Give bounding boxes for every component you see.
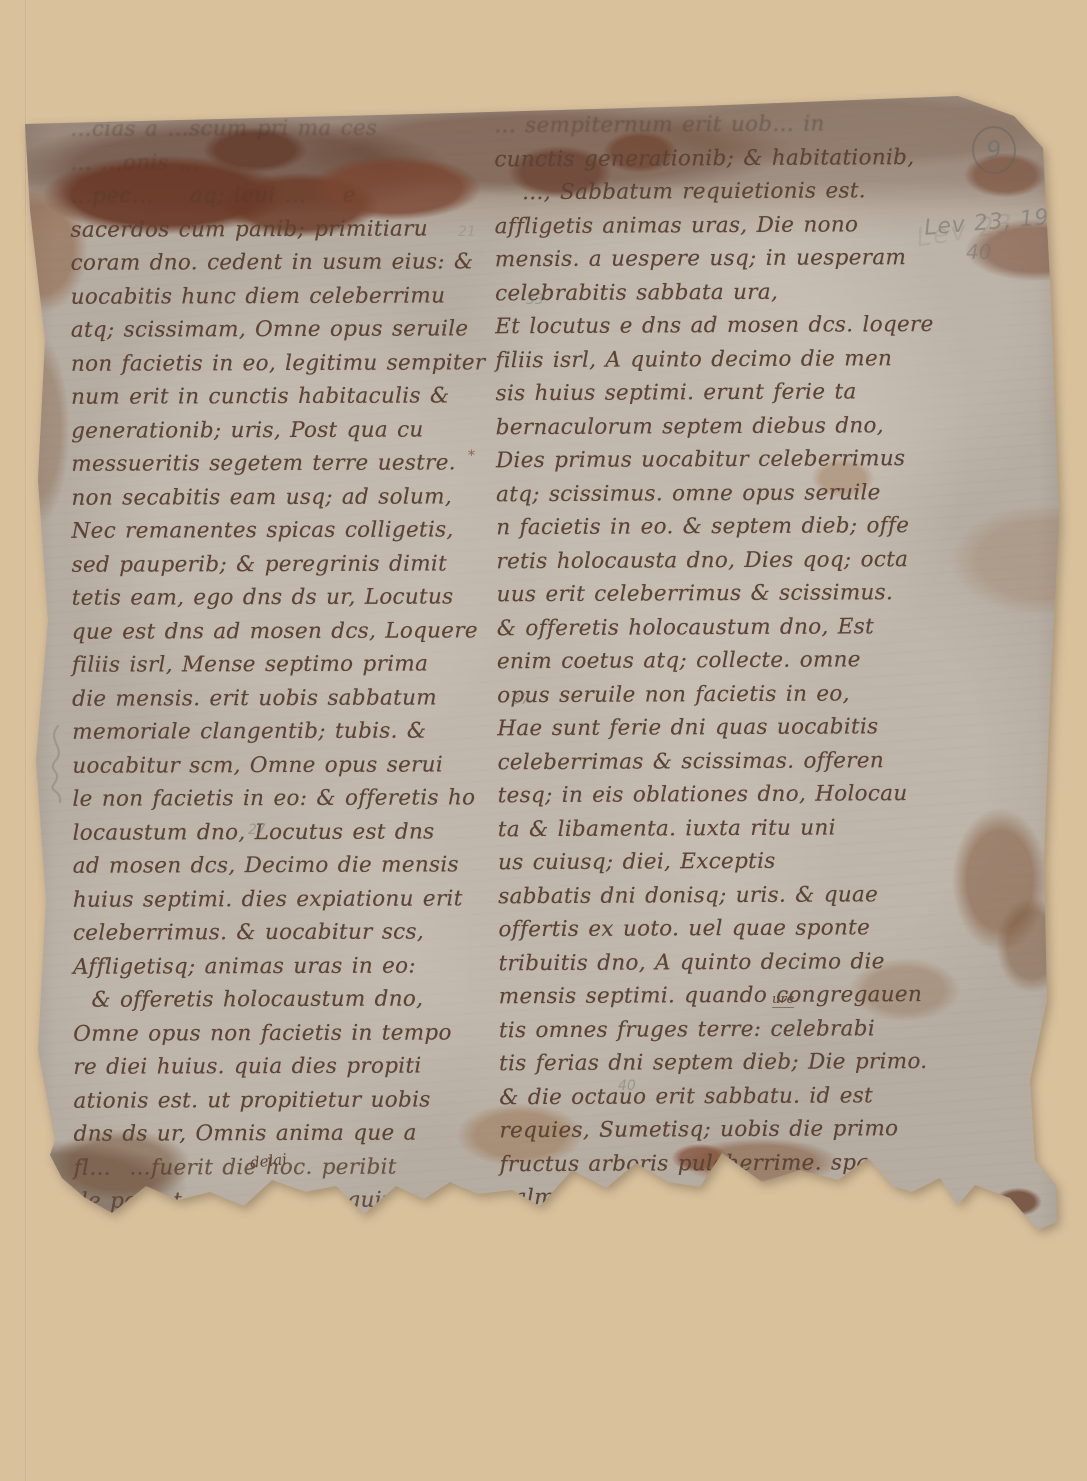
manuscript-line: cunctis generationib; & habitationib, [494, 140, 974, 176]
manuscript-line: ad mosen dcs, Decimo die mensis [73, 848, 493, 883]
manuscript-line: opus seruile non facietis in eo, [497, 676, 977, 712]
manuscript-line: ta & libamenta. iuxta ritu uni [498, 810, 978, 846]
manuscript-line: fructus arboris pulcherrime. spa [500, 1145, 980, 1181]
manuscript-line: sabbatis dni donisq; uris. & quae [498, 877, 978, 913]
manuscript-line: Affligetisq; animas uras in eo: [73, 949, 493, 984]
manuscript-line: retis holocausta dno, Dies qoq; octa [496, 542, 976, 578]
manuscript-line: & die octauo erit sabbatu. id est [499, 1078, 979, 1114]
margin-pencil-squiggle-icon [36, 718, 76, 808]
manuscript-line: n facietis in eo. & septem dieb; offe [496, 509, 976, 545]
manuscript-line: … sempiternum erit uob… in [494, 107, 974, 143]
manuscript-line: … …onis … [70, 145, 490, 180]
manuscript-line: memoriale clangentib; tubis. & [72, 714, 492, 749]
manuscript-line: celeberrimus. & uocabitur scs, [73, 915, 493, 950]
interlinear-correction-ure: ure [772, 992, 794, 1008]
manuscript-line: sed pauperib; & peregrinis dimit [72, 547, 492, 582]
manuscript-line: mensis septimi. quando congregauen [499, 978, 979, 1014]
text-column-left: …cias a …scum pri ma ces… …onis ……pec… a… [70, 111, 494, 1218]
manuscript-line: Et locutus e dns ad mosen dcs. loqere [495, 308, 975, 344]
pencil-verse-27: 27 [248, 822, 266, 838]
manuscript-line: dns ds ur, Omnis anima que a [74, 1116, 494, 1151]
manuscript-line: locaustum dno, Locutus est dns [73, 815, 493, 850]
manuscript-line: bernaculorum septem diebus dno, [496, 408, 976, 444]
marginal-asterisk-mark: * [468, 448, 475, 464]
manuscript-line: que est dns ad mosen dcs, Loquere [72, 614, 492, 649]
interlinear-note-delai: delai [249, 1150, 288, 1172]
manuscript-line: mensis. a uespere usq; in uesperam [495, 241, 975, 277]
manuscript-line: us cuiusq; diei, Exceptis [498, 844, 978, 880]
pencil-verse-40: 40 [618, 1078, 636, 1094]
manuscript-line: Hae sunt ferie dni quas uocabitis [497, 710, 977, 746]
manuscript-line: sacerdos cum panib; primitiaru [70, 212, 490, 247]
manuscript-line: non facietis in eo, legitimu sempiter [71, 346, 491, 381]
manuscript-line: sis huius septimi. erunt ferie ta [496, 375, 976, 411]
manuscript-line: ationis est. ut propitietur uobis [73, 1083, 493, 1118]
manuscript-line: de pop…t … operis quin [74, 1183, 494, 1218]
parchment-wrap: …cias a …scum pri ma ces… …onis ……pec… a… [0, 0, 1087, 1481]
manuscript-line: huius septimi. dies expiationu erit [73, 882, 493, 917]
manuscript-line: celebrabitis sabbata ura, [495, 274, 975, 310]
manuscript-line: …pec… aq; leui … e [70, 178, 490, 213]
manuscript-line: coram dno. cedent in usum eius: & [71, 245, 491, 280]
manuscript-line: tesq; in eis oblationes dno, Holocau [498, 777, 978, 813]
manuscript-line: generationib; uris, Post qua cu [71, 413, 491, 448]
manuscript-line: Dies primus uocabitur celeberrimus [496, 442, 976, 478]
manuscript-line: filiis isrl, Mense septimo prima [72, 647, 492, 682]
manuscript-line: & offeretis holocaustum dno, Est [497, 609, 977, 645]
manuscript-line: uocabitur scm, Omne opus serui [72, 748, 492, 783]
folio-number: 9 [985, 135, 1003, 164]
manuscript-line: & offeretis holocaustum dno, [73, 982, 493, 1017]
manuscript-line: le non facietis in eo: & offeretis ho [72, 781, 492, 816]
manuscript-line: palm… …mos ligni [500, 1179, 980, 1215]
manuscript-line: enim coetus atq; collecte. omne [497, 643, 977, 679]
manuscript-line: tribuitis dno, A quinto decimo die [498, 944, 978, 980]
manuscript-line: messueritis segetem terre uestre. [71, 446, 491, 481]
manuscript-line: Nec remanentes spicas colligetis, [71, 513, 491, 548]
manuscript-line: …, Sabbatum requietionis est. [494, 174, 974, 210]
pencil-reference-line2: 40 [966, 240, 991, 264]
manuscript-line: non secabitis eam usq; ad solum, [71, 480, 491, 515]
manuscript-line: atq; scissimam, Omne opus seruile [71, 312, 491, 347]
manuscript-line: Omne opus non facietis in tempo [73, 1016, 493, 1051]
text-column-right: … sempiternum erit uob… incunctis genera… [494, 107, 980, 1215]
manuscript-line: offertis ex uoto. uel quae sponte [498, 911, 978, 947]
pencil-verse-33: 33 [526, 292, 544, 308]
manuscript-line: die mensis. erit uobis sabbatum [72, 681, 492, 716]
pencil-verse-21: 21 [458, 224, 476, 240]
manuscript-line: affligetis animas uras, Die nono [495, 207, 975, 243]
pencil-verse-37: 37 [512, 692, 530, 708]
manuscript-line: tis omnes fruges terre: celebrabi [499, 1011, 979, 1047]
manuscript-line: tetis eam, ego dns ds ur, Locutus [72, 580, 492, 615]
manuscript-line: tis ferias dni septem dieb; Die primo. [499, 1045, 979, 1081]
manuscript-line: celeberrimas & scissimas. offeren [497, 743, 977, 779]
manuscript-line: …cias a …scum pri ma ces [70, 111, 490, 146]
manuscript-line: num erit in cunctis habitaculis & [71, 379, 491, 414]
manuscript-line: uus erit celeberrimus & scissimus. [497, 576, 977, 612]
manuscript-photo-page: …cias a …scum pri ma ces… …onis ……pec… a… [0, 0, 1087, 1481]
parchment-leaf: …cias a …scum pri ma ces… …onis ……pec… a… [0, 0, 1087, 1481]
manuscript-line: requies, Sumetisq; uobis die primo [499, 1112, 979, 1148]
manuscript-line: uocabitis hunc diem celeberrimu [71, 279, 491, 314]
folio-number-circled: 9 [970, 124, 1019, 176]
manuscript-line: filiis isrl, A quinto decimo die men [495, 341, 975, 377]
manuscript-line: re diei huius. quia dies propiti [73, 1049, 493, 1084]
manuscript-line: atq; scissimus. omne opus seruile [496, 475, 976, 511]
